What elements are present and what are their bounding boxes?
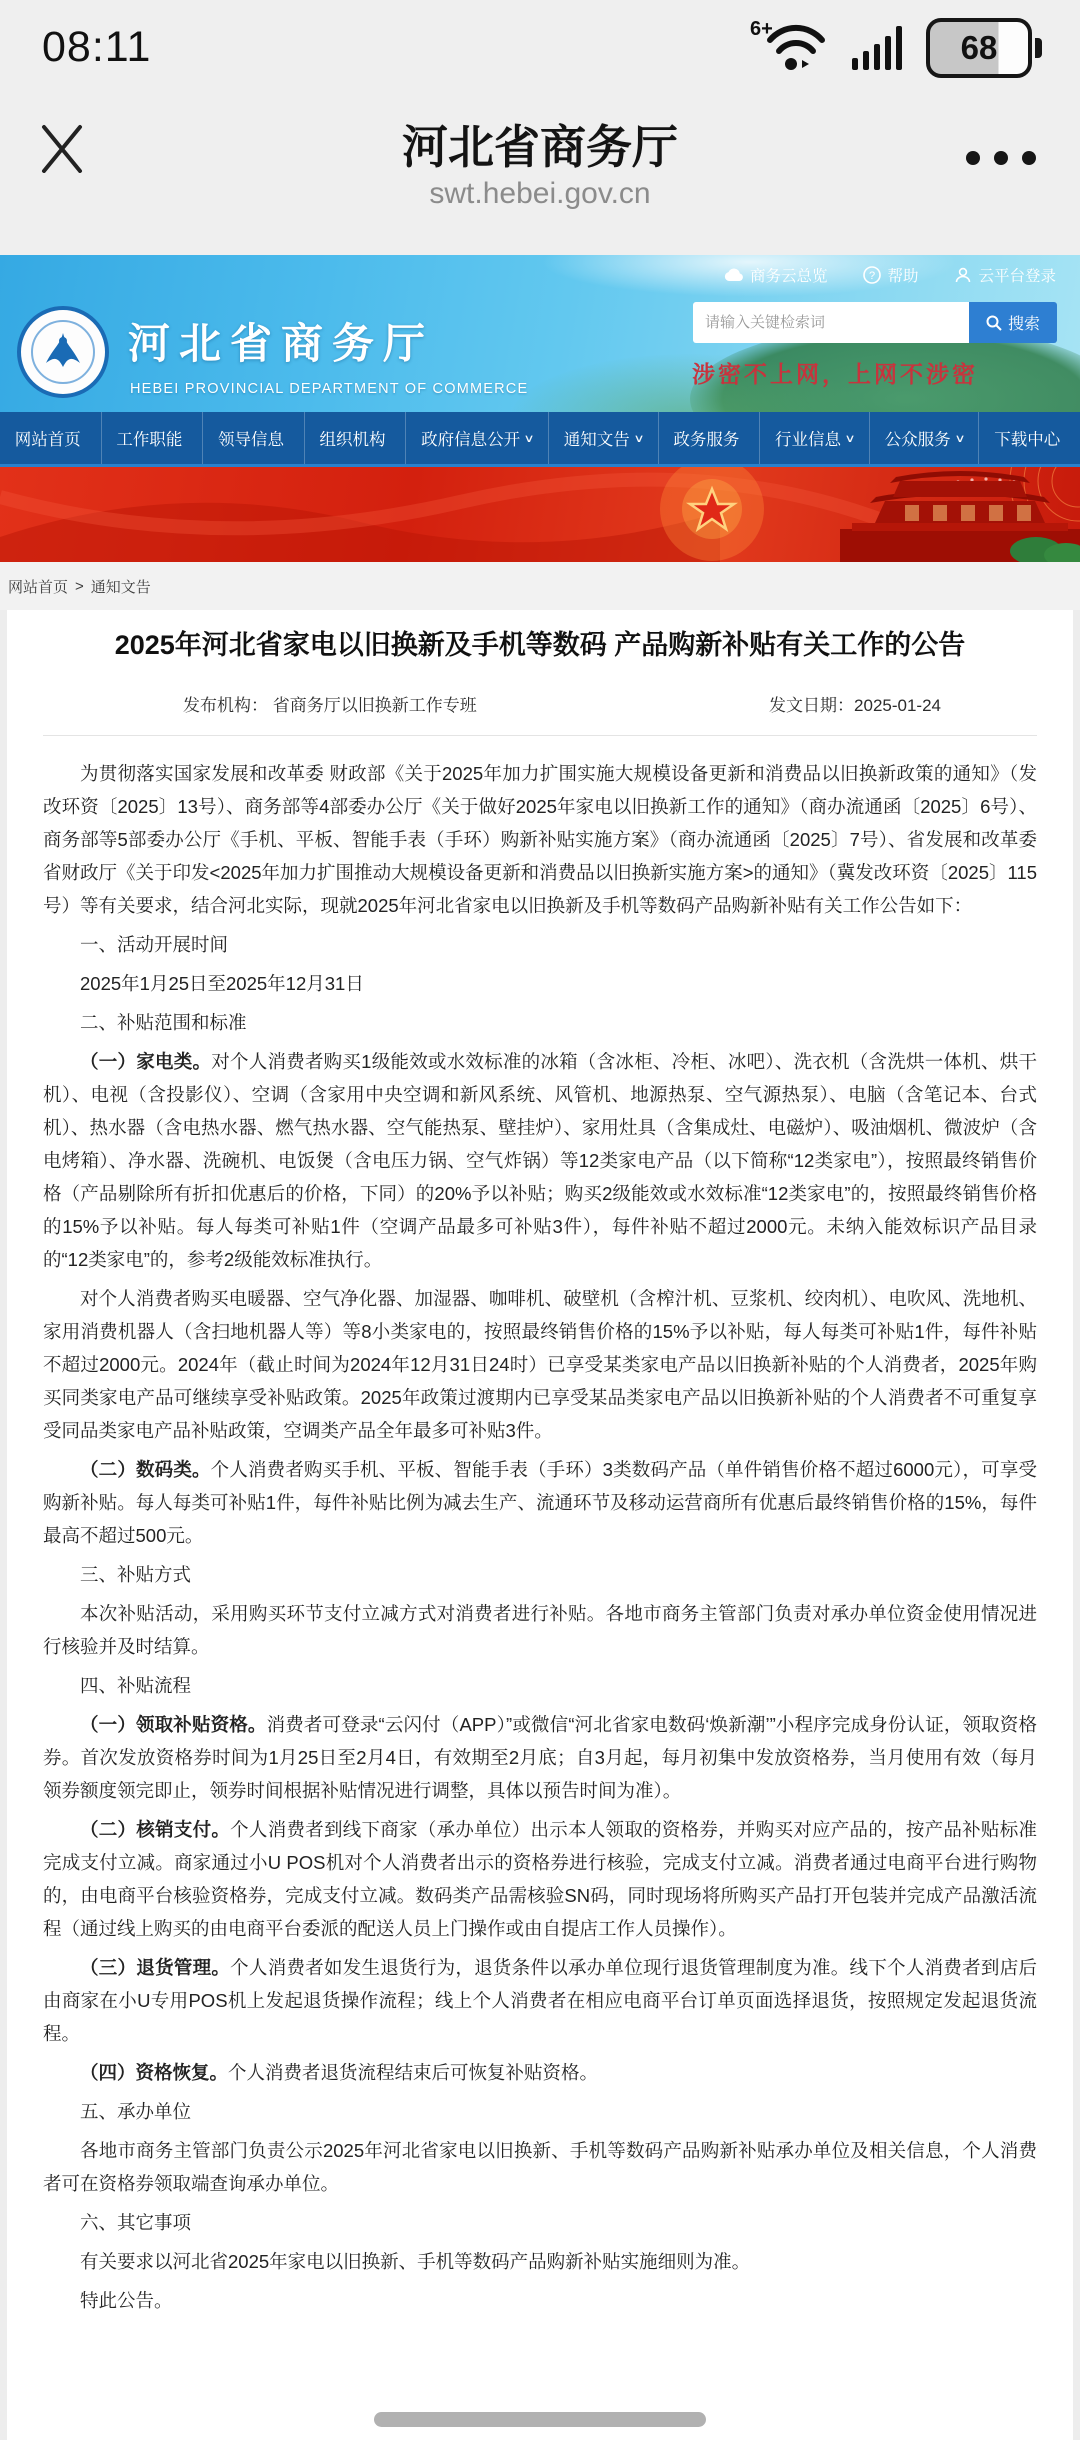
battery-percent: 68 [961, 29, 998, 67]
nav-item[interactable]: 组织机构 [304, 412, 406, 464]
article-meta: 发布机构： 省商务厅以旧换新工作专班 发文日期：2025-01-24 [183, 691, 941, 716]
search-input[interactable] [693, 302, 969, 343]
paragraph-lead: （一）领取补贴资格。 [80, 1714, 267, 1735]
article-paragraph: 有关要求以河北省2025年家电以旧换新、手机等数码产品购新补贴实施细则为准。 [43, 2245, 1037, 2278]
svg-text:?: ? [869, 270, 875, 282]
status-bar: 08:11 6+ 68 [0, 0, 1080, 95]
page-url: swt.hebei.gov.cn [0, 177, 1080, 211]
nav-item[interactable]: 工作职能 [101, 412, 203, 464]
breadcrumb-home[interactable]: 网站首页 [8, 576, 68, 597]
article-paragraph: （二）数码类。个人消费者购买手机、平板、智能手表（手环）3类数码产品（单件销售价… [43, 1453, 1037, 1552]
paragraph-lead: （二）核销支付。 [80, 1819, 230, 1840]
security-slogan: 涉密不上网，上网不涉密 [692, 356, 978, 389]
breadcrumb: 网站首页 > 通知文告 [0, 562, 1080, 610]
article-paragraph: （一）领取补贴资格。消费者可登录“云闪付（APP）”或微信“河北省家电数码‘焕新… [43, 1708, 1037, 1807]
article-paragraph: 一、活动开展时间 [43, 928, 1037, 961]
help-icon: ? [863, 266, 881, 284]
article-paragraph: 对个人消费者购买电暖器、空气净化器、加湿器、咖啡机、破壁机（含榨汁机、豆浆机、绞… [43, 1282, 1037, 1447]
article-paragraph: 三、补贴方式 [43, 1558, 1037, 1591]
site-logo [16, 305, 110, 399]
paragraph-lead: （二）数码类。 [80, 1459, 211, 1480]
site-banner: 河北省商务厅 HEBEI PROVINCIAL DEPARTMENT OF CO… [0, 255, 1080, 412]
cloud-icon [724, 268, 744, 282]
chevron-down-icon: ∨ [633, 432, 644, 445]
article-paragraph: 为贯彻落实国家发展和改革委 财政部《关于2025年加力扩围实施大规模设备更新和消… [43, 757, 1037, 922]
nav-item[interactable]: 领导信息 [202, 412, 304, 464]
nav-item[interactable]: 通知文告∨ [548, 412, 658, 464]
article-paragraph: 五、承办单位 [43, 2095, 1037, 2128]
cloud-login-link[interactable]: 云平台登录 [954, 264, 1056, 286]
paragraph-lead: （四）资格恢复。 [80, 2062, 228, 2083]
paragraph-lead: （三）退货管理。 [80, 1957, 230, 1978]
nav-item[interactable]: 行业信息∨ [759, 412, 869, 464]
article-paragraph: （三）退货管理。个人消费者如发生退货行为，退货条件以承办单位现行退货管理制度为准… [43, 1951, 1037, 2050]
help-link[interactable]: ? 帮助 [863, 264, 918, 286]
search-bar: 搜索 [693, 302, 1057, 343]
article-paragraph: 六、其它事项 [43, 2206, 1037, 2239]
site-name: 河北省商务厅 [128, 311, 434, 371]
search-button[interactable]: 搜索 [969, 302, 1057, 343]
battery-icon: 68 [926, 18, 1042, 78]
article-paragraph: 本次补贴活动，采用购买环节支付立减方式对消费者进行补贴。各地市商务主管部门负责对… [43, 1597, 1037, 1663]
nav-item[interactable]: 政府信息公开∨ [405, 412, 548, 464]
main-nav: 网站首页 工作职能 领导信息 组织机构 政府信息公开∨ 通知文告∨ 政务服务 [0, 412, 1080, 467]
site-name-english: HEBEI PROVINCIAL DEPARTMENT OF COMMERCE [130, 381, 528, 397]
article-title: 2025年河北省家电以旧换新及手机等数码 产品购新补贴有关工作的公告 [63, 626, 1017, 664]
chevron-down-icon: ∨ [844, 432, 855, 445]
nav-item[interactable]: 网站首页 [0, 412, 101, 464]
article-paragraph: 二、补贴范围和标准 [43, 1006, 1037, 1039]
chevron-down-icon: ∨ [954, 432, 965, 445]
phone-screen: 08:11 6+ 68 [0, 0, 1080, 2440]
breadcrumb-separator: > [75, 578, 84, 595]
user-icon [954, 266, 972, 284]
article-card: 2025年河北省家电以旧换新及手机等数码 产品购新补贴有关工作的公告 发布机构：… [7, 610, 1073, 2440]
home-indicator[interactable] [374, 2412, 706, 2427]
article-paragraph: （四）资格恢复。个人消费者退货流程结束后可恢复补贴资格。 [43, 2056, 1037, 2089]
article-paragraph: 各地市商务主管部门负责公示2025年河北省家电以旧换新、手机等数码产品购新补贴承… [43, 2134, 1037, 2200]
clock: 08:11 [42, 23, 151, 72]
nav-item[interactable]: 下载中心 [978, 412, 1080, 464]
quick-links: 商务云总览 ? 帮助 云平台登录 [724, 264, 1056, 286]
article-paragraph: 2025年1月25日至2025年12月31日 [43, 967, 1037, 1000]
nav-item[interactable]: 政务服务 [658, 412, 760, 464]
page-title: 河北省商务厅 [0, 111, 1080, 177]
browser-header: 河北省商务厅 swt.hebei.gov.cn [0, 95, 1080, 255]
search-icon [986, 315, 1002, 331]
article-body: 为贯彻落实国家发展和改革委 财政部《关于2025年加力扩围实施大规模设备更新和消… [7, 736, 1073, 2317]
cloud-overview-link[interactable]: 商务云总览 [724, 264, 828, 286]
chevron-down-icon: ∨ [523, 432, 534, 445]
publish-date: 发文日期：2025-01-24 [769, 691, 941, 716]
more-menu-icon[interactable] [966, 151, 1036, 165]
decorative-banner [0, 467, 1080, 562]
article-paragraph: （二）核销支付。个人消费者到线下商家（承办单位）出示本人领取的资格券，并购买对应… [43, 1813, 1037, 1945]
article-paragraph: 特此公告。 [43, 2284, 1037, 2317]
breadcrumb-current[interactable]: 通知文告 [91, 576, 151, 597]
status-icons: 6+ 68 [764, 18, 1042, 78]
signal-icon [852, 26, 902, 70]
article-paragraph: 四、补贴流程 [43, 1669, 1037, 1702]
wifi-icon: 6+ [764, 22, 828, 74]
publisher: 发布机构： 省商务厅以旧换新工作专班 [183, 691, 477, 716]
paragraph-lead: （一）家电类。 [80, 1051, 211, 1072]
nav-item[interactable]: 公众服务∨ [869, 412, 979, 464]
article-paragraph: （一）家电类。对个人消费者购买1级能效或水效标准的冰箱（含冰柜、冷柜、冰吧）、洗… [43, 1045, 1037, 1276]
